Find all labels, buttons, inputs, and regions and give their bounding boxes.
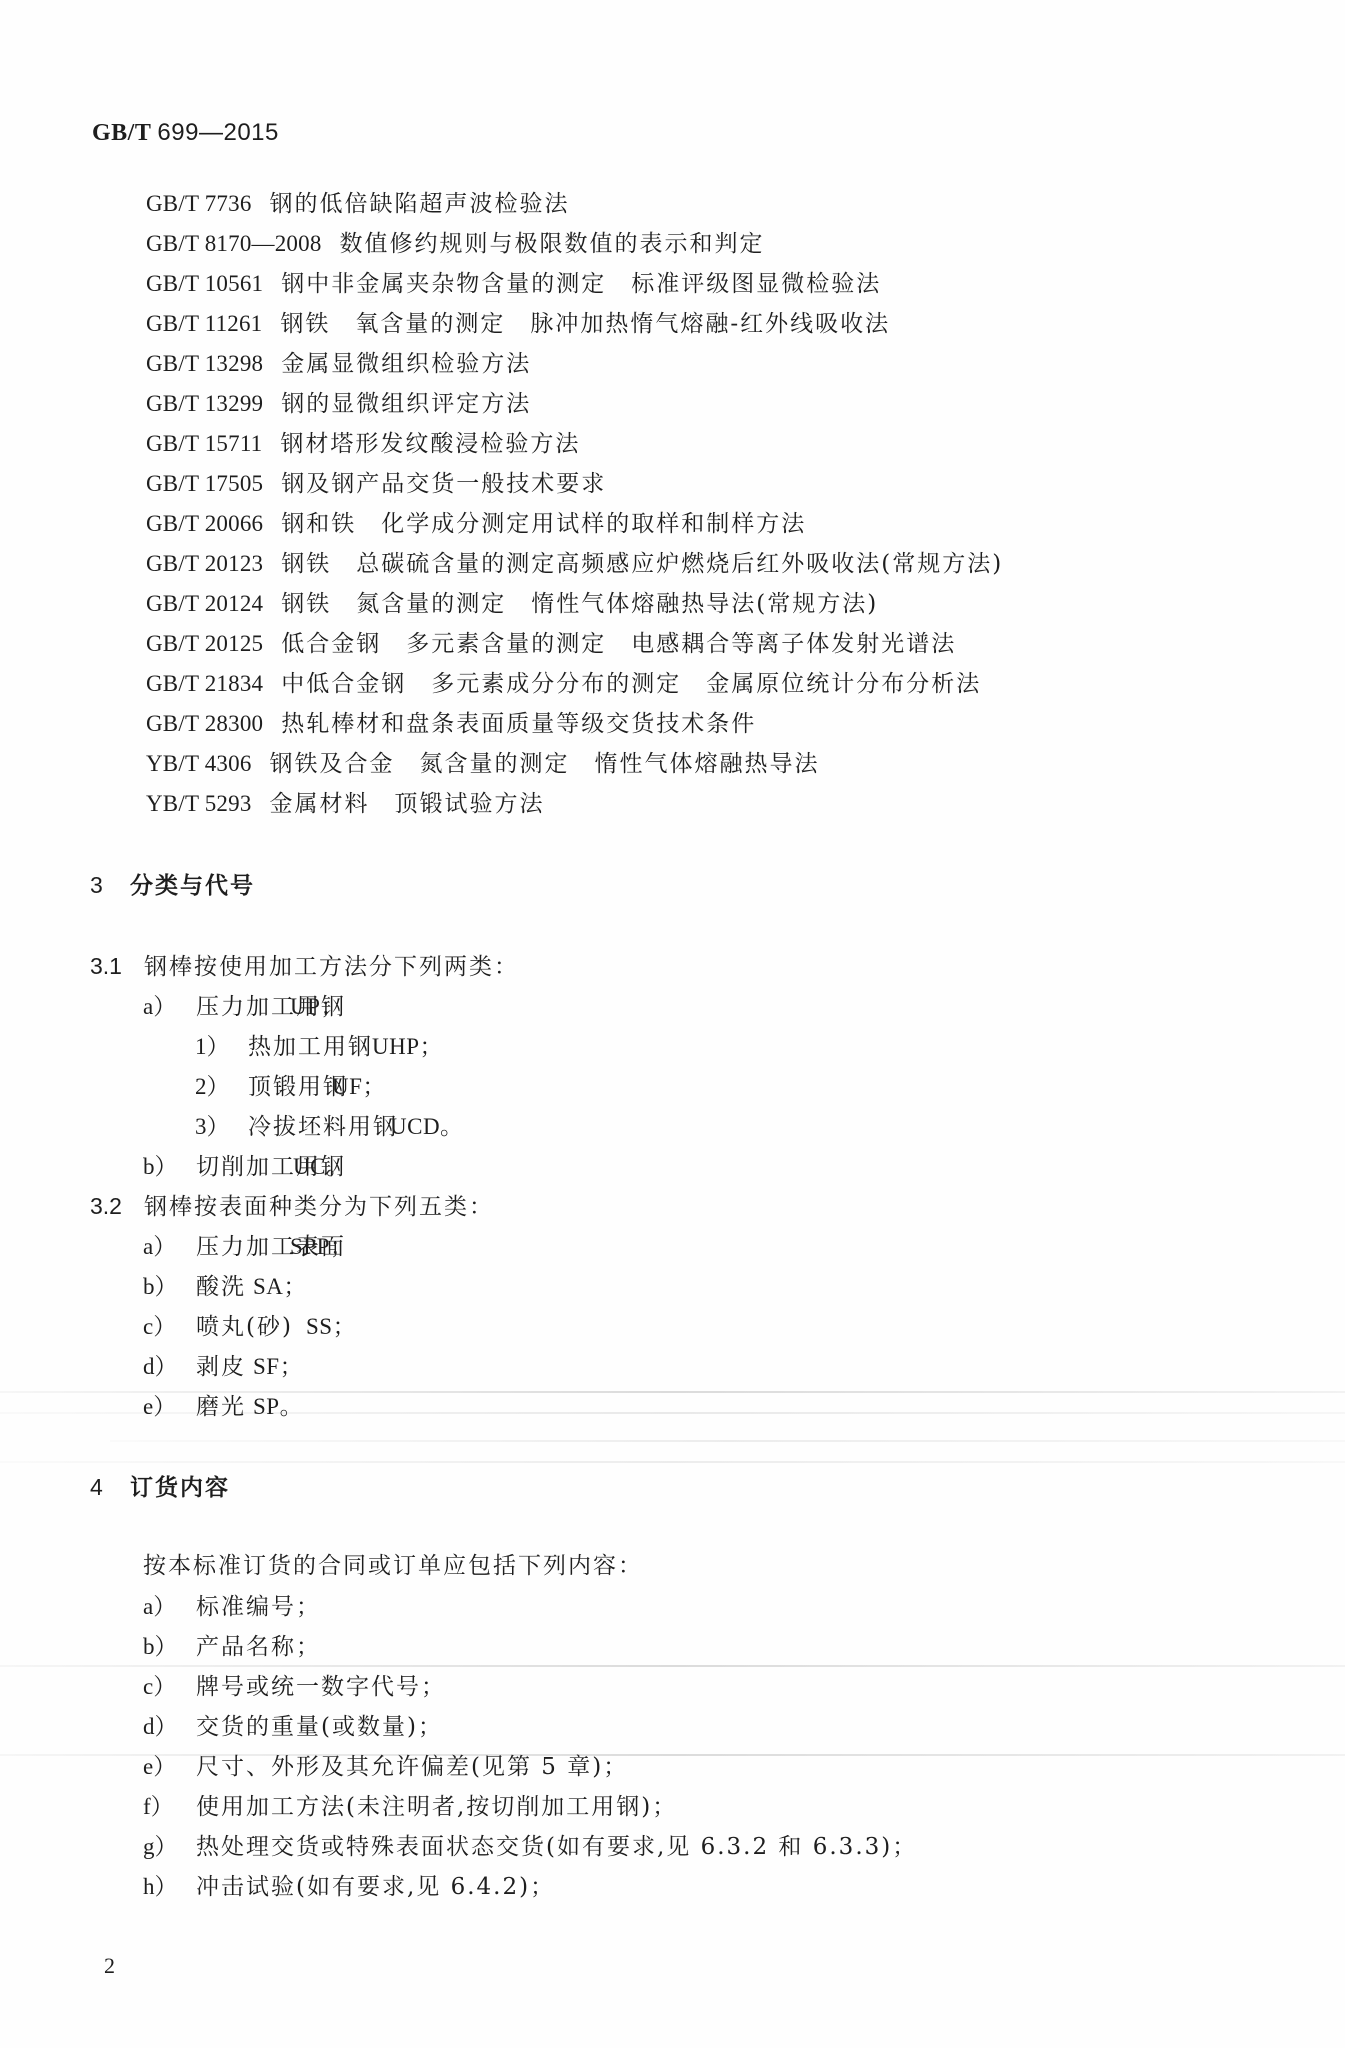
list-item: d）交货的重量(或数量)； <box>143 1715 443 1739</box>
list-item: b）酸洗 SA； <box>143 1275 543 1301</box>
reference-item: GB/T 13299钢的显微组织评定方法 <box>146 392 531 416</box>
reference-item: GB/T 11261钢铁 氧含量的测定 脉冲加热惰气熔融-红外线吸收法 <box>146 312 890 336</box>
list-item: h）冲击试验(如有要求,见 6.4.2)； <box>143 1875 555 1899</box>
list-item: 3）冷拔坯料用钢 UCD。 <box>195 1115 595 1141</box>
list-item: a）压力加工表面 SPP； <box>143 1235 543 1261</box>
list-item: a）标准编号； <box>143 1595 321 1619</box>
reference-item: GB/T 7736钢的低倍缺陷超声波检验法 <box>146 192 570 216</box>
section-heading-4: 4订货内容 <box>90 1476 230 1499</box>
list-item: 2）顶锻用钢 UF； <box>195 1075 595 1101</box>
header-number: 699—2015 <box>157 119 278 146</box>
reference-item: YB/T 5293金属材料 顶锻试验方法 <box>146 792 545 816</box>
document-page: GB/T 699—2015 GB/T 7736钢的低倍缺陷超声波检验法 GB/T… <box>0 0 1345 2048</box>
list-item: a）压力加工用钢 UP； <box>143 995 543 1021</box>
clause-3-2: 3.2钢棒按表面种类分为下列五类： <box>90 1195 494 1219</box>
list-item: d）剥皮 SF； <box>143 1355 543 1381</box>
header-prefix: GB/T <box>92 120 151 146</box>
list-item: c）牌号或统一数字代号； <box>143 1675 446 1699</box>
scan-line <box>0 1665 1345 1667</box>
list-item: 1）热加工用钢 UHP； <box>195 1035 595 1061</box>
scan-line <box>110 1440 1345 1442</box>
standard-header: GB/T 699—2015 <box>92 121 279 145</box>
list-item: g）热处理交货或特殊表面状态交货(如有要求,见 6.3.2 和 6.3.3)； <box>143 1835 917 1859</box>
reference-item: GB/T 15711钢材塔形发纹酸浸检验方法 <box>146 432 580 456</box>
reference-item: GB/T 20125低合金钢 多元素含量的测定 电感耦合等离子体发射光谱法 <box>146 632 956 656</box>
reference-item: GB/T 21834中低合金钢 多元素成分分布的测定 金属原位统计分布分析法 <box>146 672 981 696</box>
reference-item: GB/T 8170—2008数值修约规则与极限数值的表示和判定 <box>146 232 765 256</box>
section-4-intro: 按本标准订货的合同或订单应包括下列内容： <box>143 1555 643 1578</box>
reference-item: GB/T 13298金属显微组织检验方法 <box>146 352 531 376</box>
reference-item: GB/T 10561钢中非金属夹杂物含量的测定 标准评级图显微检验法 <box>146 272 881 296</box>
list-item: e）尺寸、外形及其允许偏差(见第 5 章)； <box>143 1755 628 1779</box>
reference-item: GB/T 20124钢铁 氮含量的测定 惰性气体熔融热导法(常规方法) <box>146 592 878 616</box>
reference-item: GB/T 20123钢铁 总碳硫含量的测定高频感应炉燃烧后红外吸收法(常规方法) <box>146 552 1003 576</box>
list-item: b）切削加工用钢 UC。 <box>143 1155 543 1181</box>
list-item: c）喷丸(砂) SS； <box>143 1315 543 1341</box>
scan-line <box>0 1391 1345 1393</box>
reference-item: GB/T 20066钢和铁 化学成分测定用试样的取样和制样方法 <box>146 512 806 536</box>
scan-line <box>0 1461 1345 1463</box>
reference-item: YB/T 4306钢铁及合金 氮含量的测定 惰性气体熔融热导法 <box>146 752 820 776</box>
page-number: 2 <box>104 1955 115 1977</box>
section-heading-3: 3分类与代号 <box>90 874 255 897</box>
list-item: e）磨光 SP。 <box>143 1395 543 1421</box>
reference-item: GB/T 17505钢及钢产品交货一般技术要求 <box>146 472 606 496</box>
clause-3-1: 3.1钢棒按使用加工方法分下列两类： <box>90 955 519 979</box>
list-item: b）产品名称； <box>143 1635 321 1659</box>
list-item: f）使用加工方法(未注明者,按切削加工用钢)； <box>143 1795 677 1819</box>
reference-item: GB/T 28300热轧棒材和盘条表面质量等级交货技术条件 <box>146 712 756 736</box>
